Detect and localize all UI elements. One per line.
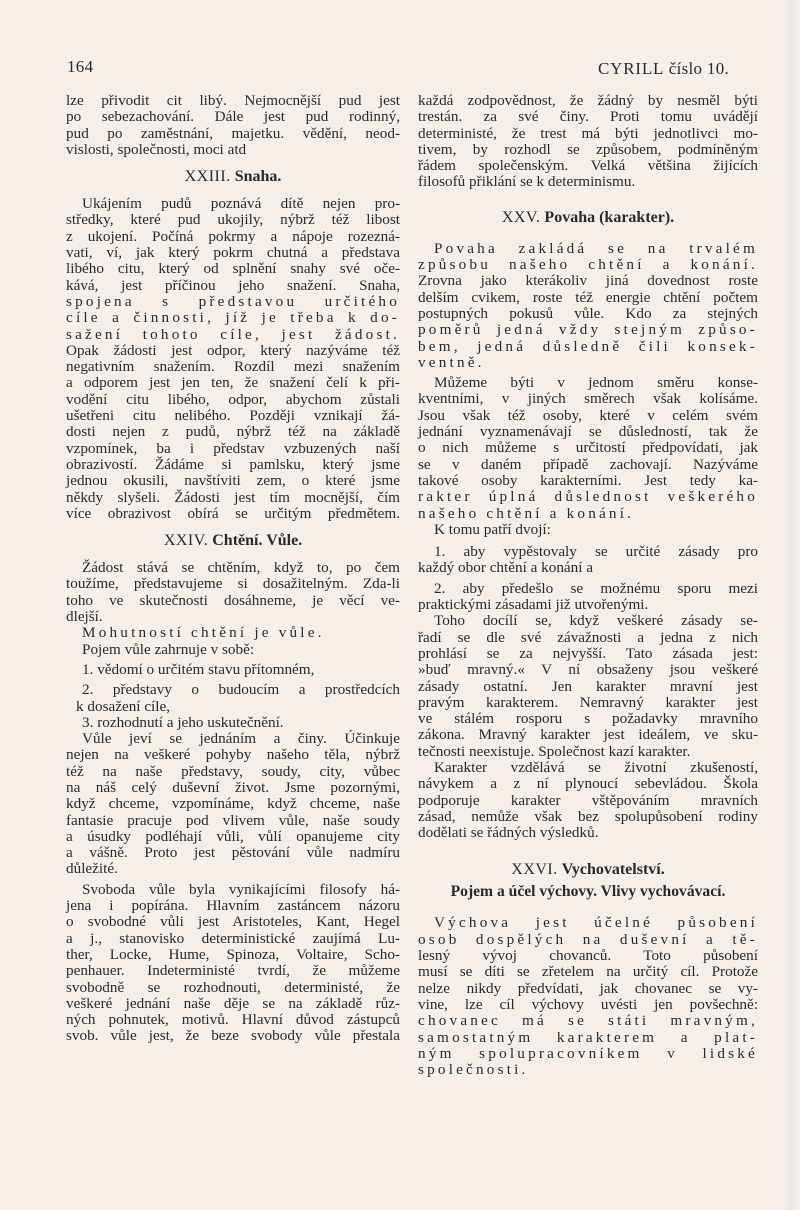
text-line: Vůle jeví se jednáním a činy. Účinkuje [66, 731, 400, 747]
text-line-spaced: cíle a činnosti, jíž je třeba k do- [66, 310, 400, 326]
text-line-spaced: Výchova jest účelné působení [418, 915, 758, 931]
continuation-paragraph: každá zodpovědnost, že žádný by nesměl b… [418, 93, 758, 191]
text-line-spaced: Povaha zakládá se na trvalém [418, 241, 758, 257]
text-line: ušetřeni citu nelibého. Později vznikají… [66, 408, 400, 424]
section-title: Povaha (karakter). [544, 209, 674, 226]
text-line: lze přivodit cit libý. Nejmocnější pud j… [66, 93, 400, 109]
text-line-spaced: rakter úplná důslednost veškerého [418, 489, 758, 505]
text-line-spaced: Mohutností chtění je vůle. [66, 625, 400, 641]
text-line: řádem společenským. Velká většina žijící… [418, 158, 758, 174]
text-line: delším cvikem, roste též energie chtění … [418, 290, 758, 306]
text-line: Opak žádosti jest odpor, který nazýváme … [66, 343, 400, 359]
text-line: a j., stanovisko deterministické zaujímá… [66, 931, 400, 947]
text-line: takové osoby karakterními. Jest tedy ka- [418, 473, 758, 489]
text-line-spaced: ným spolupracovníkem v lidské [418, 1046, 758, 1062]
text-line: Žádost stává se chtěním, když to, po čem [66, 560, 400, 576]
text-line: někdy slyšeli. Žádosti jest tím mocnější… [66, 490, 400, 506]
text-line-spaced: ventně. [418, 355, 758, 371]
section-number: XXIII. [185, 168, 231, 185]
list-item-continuation: k dosažení cíle, [66, 699, 400, 715]
list-intro: Pojem vůle zahrnuje v sobě: [66, 642, 400, 658]
journal-name: CYRILL [598, 59, 664, 78]
list-item: 3. rozhodnutí a jeho uskutečnění. [66, 715, 400, 731]
text-line: prohlásí se za nejvyšší. Tato zásada jes… [418, 646, 758, 662]
text-line: dlejší. [66, 609, 400, 625]
text-line-spaced: bem, jedná důsledně čili konsek- [418, 339, 758, 355]
text-line: též na naše představy, soudy, city, vůbe… [66, 764, 400, 780]
section-heading-25: XXV. Povaha (karakter). [418, 209, 758, 227]
text-line: vodění citu libého, odpor, abychom zůsta… [66, 392, 400, 408]
section-heading-24: XXIV. Chtění. Vůle. [66, 532, 400, 550]
text-line: lesný vývoj chovanců. Toto působení [418, 948, 758, 964]
text-line: Karakter vzdělává se životní zkušeností, [418, 760, 758, 776]
text-line: když chceme, vzpomínáme, když chceme, na… [66, 796, 400, 812]
text-line: a odporem jest jen ten, že snažení čelí … [66, 375, 400, 391]
text-line: tečnosti neexistuje. Společnost kazí kar… [418, 744, 758, 760]
text-line: ther, Locke, Hume, Spinoza, Voltaire, Sc… [66, 947, 400, 963]
section-heading-23: XXIII. Snaha. [66, 168, 400, 186]
right-column: každá zodpovědnost, že žádný by nesměl b… [418, 93, 758, 1078]
text-line: vati, ví, jak který pokrm chutná a předs… [66, 245, 400, 261]
page-edge [784, 0, 800, 1210]
text-line: jena i popírána. Hlavním zastáncem názor… [66, 898, 400, 914]
text-line: toužíme, představujeme si dosažitelným. … [66, 576, 400, 592]
running-head: CYRILL číslo 10. [598, 59, 729, 79]
text-line: z ukojení. Počíná pokrmy a nápoje rozezn… [66, 229, 400, 245]
text-line: o svobodné vůli jest Aristoteles, Kant, … [66, 914, 400, 930]
text-line-spaced: způsobu našeho chtění a konání. [418, 257, 758, 273]
text-line: návykem a z ní plynoucí sebevládou. Škol… [418, 776, 758, 792]
text-line: dodělati se řádných výsledků. [418, 825, 758, 841]
text-line: vzpomínek, ba i představ vzbuzených naší [66, 441, 400, 457]
section-title: Snaha. [235, 168, 282, 185]
text-line: Zrovna jako kterákoliv jiná dovednost ro… [418, 273, 758, 289]
text-line: negativním snažením. Rozdíl mezi snažení… [66, 359, 400, 375]
intro-paragraph: lze přivodit cit libý. Nejmocnější pud j… [66, 93, 400, 158]
text-line: Můžeme býti v jednom směru konse- [418, 375, 758, 391]
text-line-spaced: našeho chtění a konání. [418, 506, 758, 522]
text-line: svobodně se rozhodnouti, deterministé, ž… [66, 980, 400, 996]
text-line: jednou okusili, navštíviti zem, o které … [66, 473, 400, 489]
text-line: ných pohnutek, motivů. Hlavní důvod zást… [66, 1012, 400, 1028]
text-line: veškeré jednání naše děje se na základě … [66, 996, 400, 1012]
text-line: více obrazivost obírá se určitým předmět… [66, 506, 400, 522]
text-line: nelze nikdy předvídati, jak chovanec se … [418, 981, 758, 997]
text-line: Ukájením pudů poznává dítě nejen pro- [66, 196, 400, 212]
text-line: »buď mravný.« V ní obsaženy jsou veškeré [418, 662, 758, 678]
section-25-body: Povaha zakládá se na trvalém způsobu naš… [418, 241, 758, 842]
text-line: středky, které pud ukojily, nýbrž též li… [66, 212, 400, 228]
text-line: zákona. Mravný karakter jest ideálem, ve… [418, 727, 758, 743]
section-subheading-26: Pojem a účel výchovy. Vlivy vychovávací. [418, 883, 758, 901]
text-line: se v daném případě zachovají. Nazýváme [418, 457, 758, 473]
text-line: jednání vyznamenávají se důsledností, ta… [418, 424, 758, 440]
text-line: po sebezachování. Dále jest pud rodinný, [66, 109, 400, 125]
text-line: důležité. [66, 861, 400, 877]
text-line: kventními, v jiných směrech však kolísám… [418, 391, 758, 407]
text-line: na náš celý duševní život. Jsme pozorným… [66, 780, 400, 796]
section-23-body: Ukájením pudů poznává dítě nejen pro- st… [66, 196, 400, 522]
text-line: postupných pokusů vůle. Kdo za stejných [418, 306, 758, 322]
text-line: ve stálém rosporu s požadavky mravního [418, 711, 758, 727]
text-line: vine, lze cíl výchovy uvésti jen povšech… [418, 997, 758, 1013]
text-line: Jsou však též osoby, které v celém svém [418, 408, 758, 424]
text-line-spaced: osob dospělých na duševní a tě- [418, 932, 758, 948]
section-number: XXIV. [164, 532, 208, 549]
section-title: Chtění. Vůle. [212, 532, 302, 549]
text-line: vislosti, společnosti, moci atd [66, 142, 400, 158]
text-line: zásad, nemůže však bez spolupůsobení rod… [418, 809, 758, 825]
text-line: tivem, by rozhodl se způsobem, podmíněný… [418, 142, 758, 158]
text-line: obrazivostí. Žádáme si pamlsku, který js… [66, 457, 400, 473]
list-item: 1. aby vypěstovaly se určité zásady pro [418, 544, 758, 560]
text-line-spaced: chovanec má se státi mravným, [418, 1013, 758, 1029]
text-line: podporuje karakter vštěpováním mravních [418, 793, 758, 809]
page-number: 164 [67, 57, 93, 77]
text-line: každá zodpovědnost, že žádný by nesměl b… [418, 93, 758, 109]
text-line: filosofů přiklání se k determinismu. [418, 174, 758, 190]
text-line: Svoboda vůle byla vynikajícími filosofy … [66, 882, 400, 898]
text-line: pud po zaměstnání, majetku. vědění, neod… [66, 126, 400, 142]
text-line: dosti nejen z pudů, nýbrž též na základě [66, 424, 400, 440]
text-line: libého citu, který od splnění snahy své … [66, 261, 400, 277]
list-item: 1. vědomí o určitém stavu přítomném, [66, 662, 400, 678]
section-title: Vychovatelství. [562, 861, 665, 878]
text-line: fantasie pracuje pod vlivem vůle, naše s… [66, 813, 400, 829]
list-intro: K tomu patří dvojí: [418, 522, 758, 538]
text-line-spaced: spojena s představou určitého [66, 294, 400, 310]
text-line-spaced: společnosti. [418, 1062, 758, 1078]
section-heading-26: XXVI. Vychovatelství. [418, 861, 758, 879]
section-number: XXV. [502, 209, 541, 226]
text-line: zásady ostatní. Jen karakter mravní jest [418, 679, 758, 695]
text-line: toho ve skutečnosti dosáhneme, je věcí v… [66, 593, 400, 609]
text-line: a úsudky podléhají vůli, vůlí opanujeme … [66, 829, 400, 845]
list-item: 2. aby předešlo se možnému sporu mezi [418, 581, 758, 597]
text-line: a vášně. Proto jest pěstování vůle nadmí… [66, 845, 400, 861]
section-26-body: Výchova jest účelné působení osob dospěl… [418, 915, 758, 1078]
text-line: trestán. za své činy. Proti tomu uvádějí [418, 109, 758, 125]
text-line: musí se díti se zřetelem na určitý cíl. … [418, 964, 758, 980]
text-line: svob. vůle jest, že beze svobody vůle př… [66, 1028, 400, 1044]
issue-label: číslo 10. [669, 59, 729, 78]
text-line: kává, jest příčinou jeho snažení. Snaha, [66, 278, 400, 294]
text-line-spaced: sažení tohoto cíle, jest žádost. [66, 327, 400, 343]
list-item-continuation: praktickými zásadami již utvořenými. [418, 597, 758, 613]
text-line-spaced: poměrů jedná vždy stejným způso- [418, 322, 758, 338]
text-line: o nich můžeme s určitostí předpovídati, … [418, 440, 758, 456]
text-line: Toho docílí se, když veškeré zásady se- [418, 613, 758, 629]
text-line: penhauer. Indeterministé tvrdí, že můžem… [66, 963, 400, 979]
section-24-body: Žádost stává se chtěním, když to, po čem… [66, 560, 400, 1045]
left-column: lze přivodit cit libý. Nejmocnější pud j… [66, 93, 400, 1045]
text-line: pravým karakterem. Nemravný karakter jes… [418, 695, 758, 711]
text-line: deterministé, že trest má býti jednotliv… [418, 126, 758, 142]
text-line: řadí se dle své závažnosti a jedna z nic… [418, 630, 758, 646]
text-line-spaced: samostatným karakterem a plat- [418, 1030, 758, 1046]
list-item-continuation: každý obor chtění a konání a [418, 560, 758, 576]
section-number: XXVI. [511, 861, 558, 878]
list-item: 2. představy o budoucím a prostředcích [66, 682, 400, 698]
text-line: nejen na veškeré pohyby našeho těla, nýb… [66, 747, 400, 763]
